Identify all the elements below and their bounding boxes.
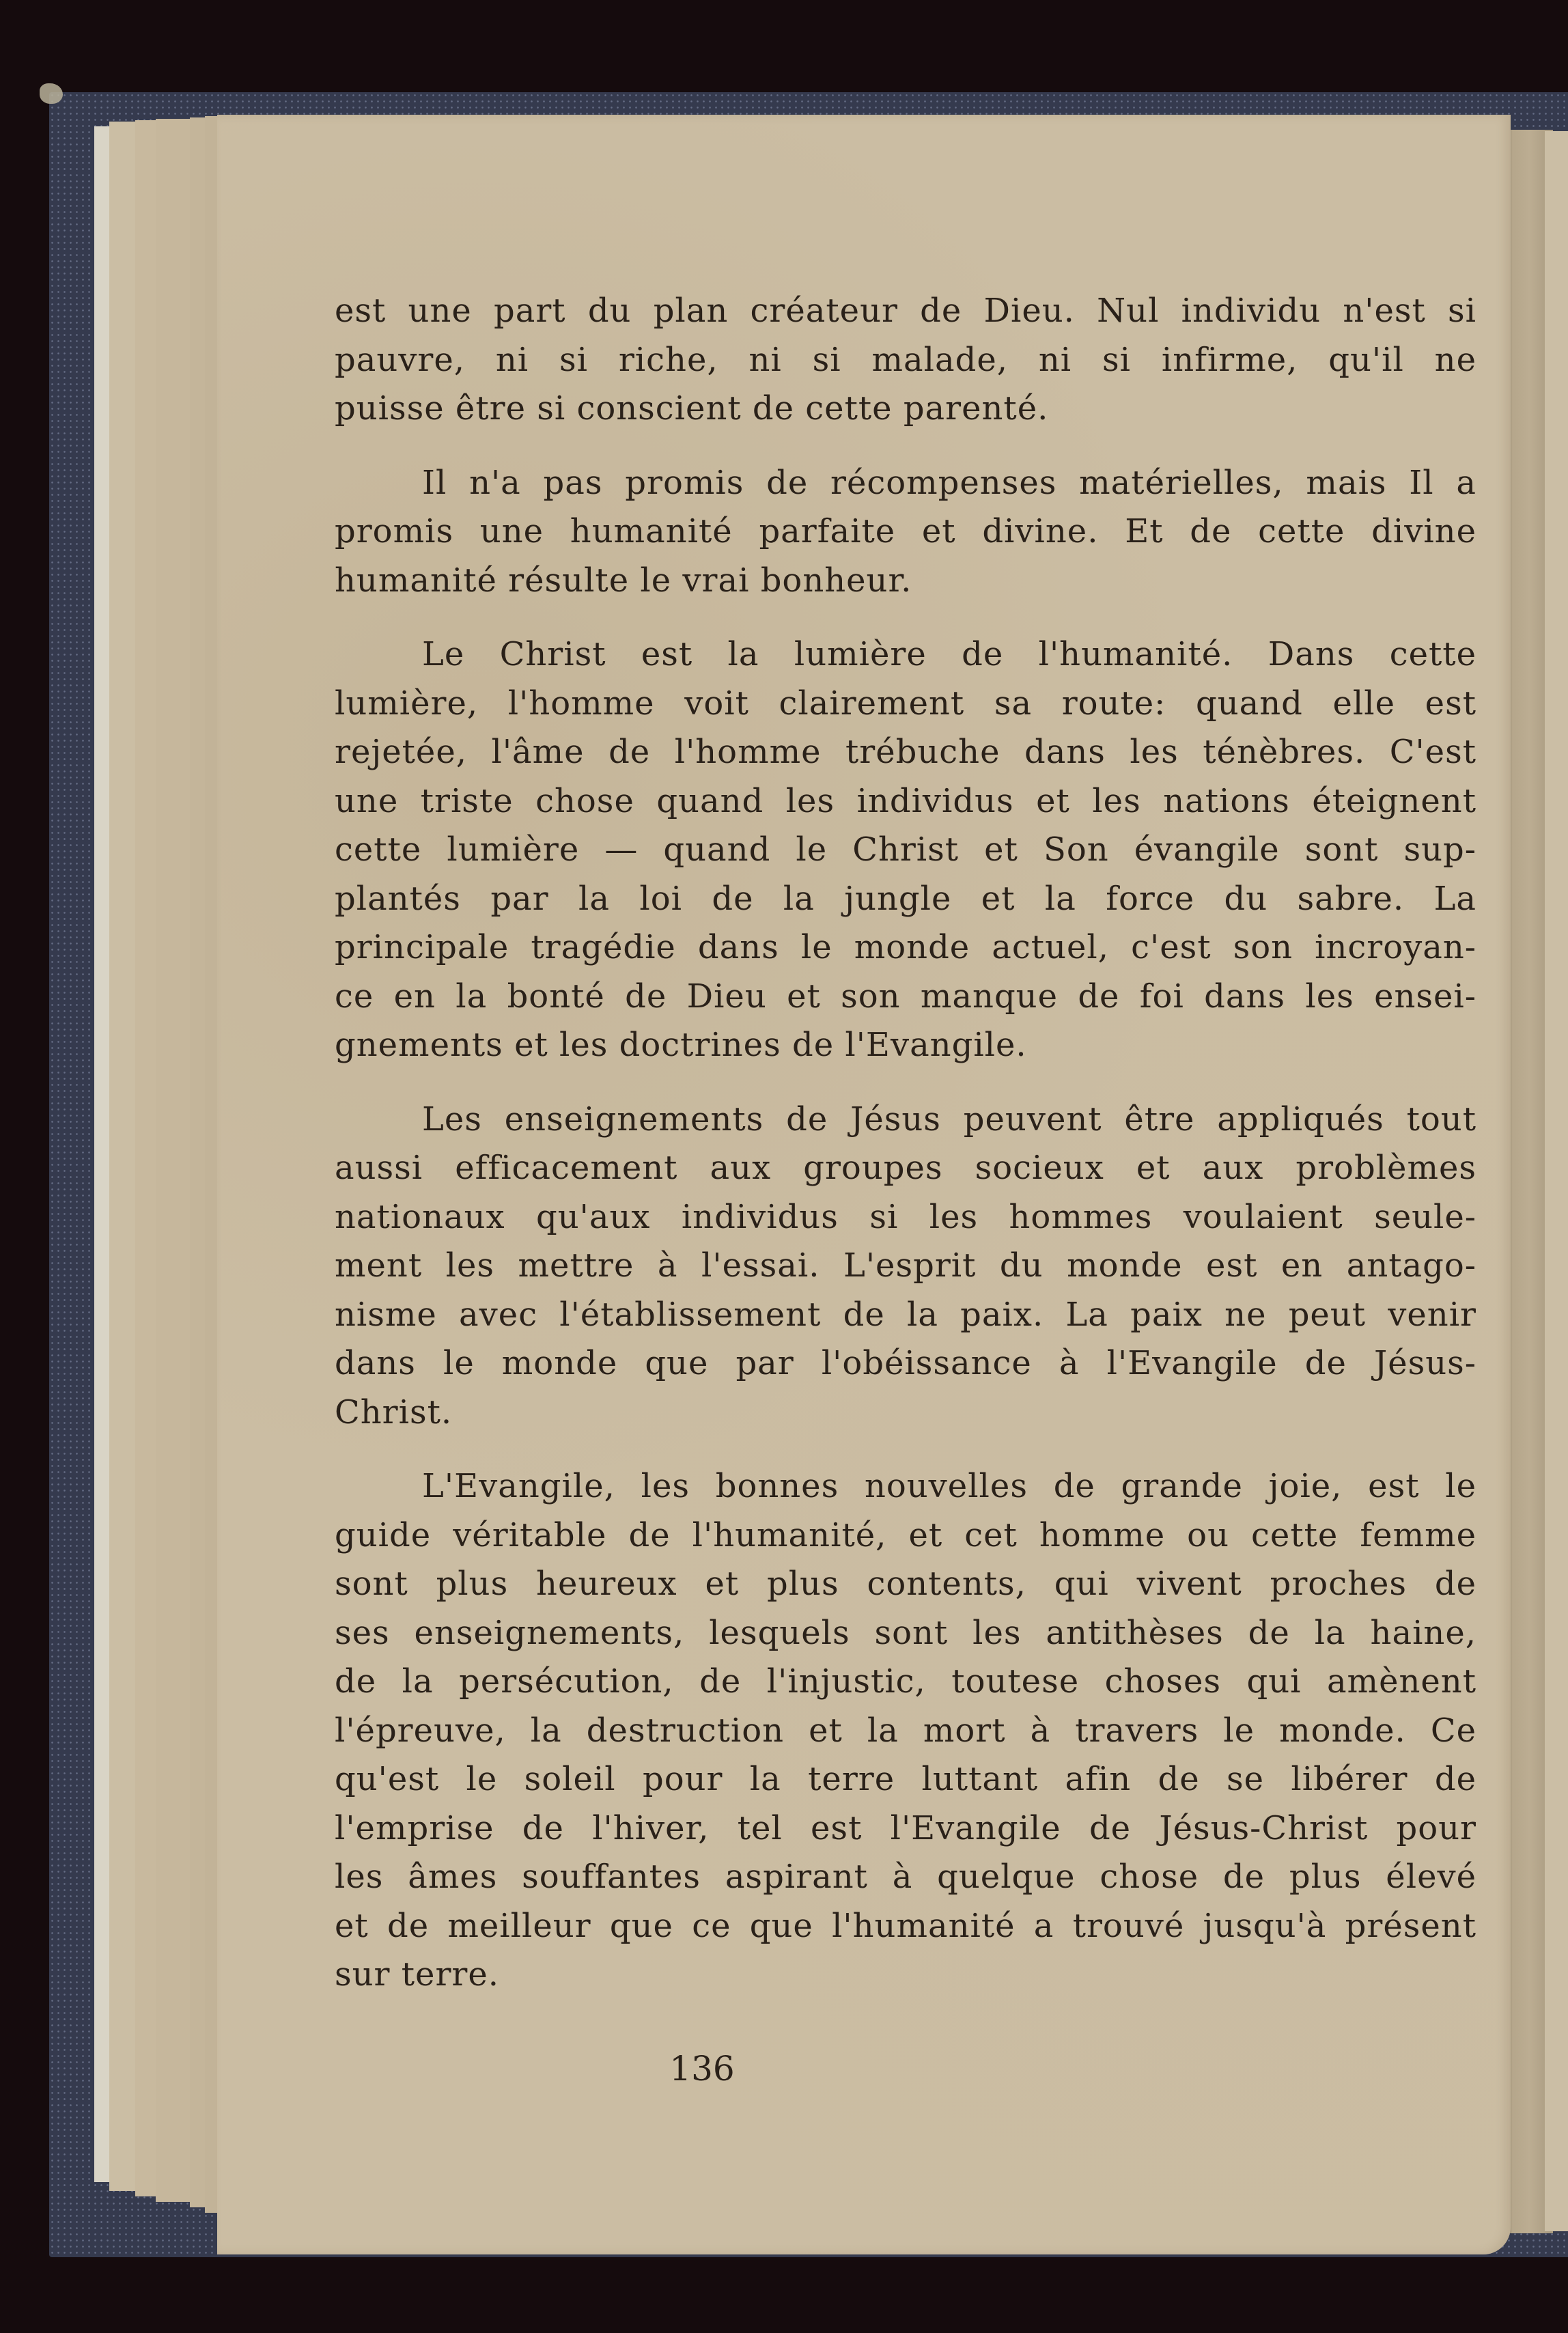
text-line: rejetée, l'âme de l'homme trébuche dans … bbox=[335, 728, 1476, 777]
text-line: est une part du plan créateur de Dieu. N… bbox=[335, 287, 1476, 336]
text-line: une triste chose quand les individus et … bbox=[335, 777, 1476, 826]
paragraph-5: L'Evangile, les bonnes nouvelles de gran… bbox=[335, 1462, 1476, 2000]
paragraph-1: est une part du plan créateur de Dieu. N… bbox=[335, 287, 1476, 434]
text-line: Il n'a pas promis de récompenses matérie… bbox=[335, 459, 1476, 508]
text-line: cette lumière — quand le Christ et Son é… bbox=[335, 826, 1476, 875]
text-line: plantés par la loi de la jungle et la fo… bbox=[335, 875, 1476, 924]
page-number: 136 bbox=[0, 2049, 1568, 2088]
text-line: sur terre. bbox=[335, 1951, 1476, 2000]
text-line: dans le monde que par l'obéissance à l'E… bbox=[335, 1339, 1476, 1388]
cover-corner-wear bbox=[40, 83, 63, 104]
text-line: guide véritable de l'humanité, et cet ho… bbox=[335, 1511, 1476, 1561]
text-line: ses enseignements, lesquels sont les ant… bbox=[335, 1609, 1476, 1658]
paragraph-2: Il n'a pas promis de récompenses matérie… bbox=[335, 459, 1476, 606]
text-line: aussi efficacement aux groupes socieux e… bbox=[335, 1144, 1476, 1193]
text-line: nationaux qu'aux individus si les hommes… bbox=[335, 1193, 1476, 1242]
text-line: gnements et les doctrines de l'Evangile. bbox=[335, 1021, 1476, 1070]
paragraph-4: Les enseignements de Jésus peuvent être … bbox=[335, 1095, 1476, 1438]
text-line: ce en la bonté de Dieu et son manque de … bbox=[335, 973, 1476, 1022]
text-line: qu'est le soleil pour la terre luttant a… bbox=[335, 1755, 1476, 1804]
scanned-book-scene: est une part du plan créateur de Dieu. N… bbox=[0, 0, 1568, 2333]
facing-page-edge bbox=[1545, 131, 1568, 2231]
page-number-text: 136 bbox=[669, 2049, 734, 2088]
text-line: pauvre, ni si riche, ni si malade, ni si… bbox=[335, 336, 1476, 385]
text-line: ment les mettre à l'essai. L'esprit du m… bbox=[335, 1242, 1476, 1291]
text-line: l'épreuve, la destruction et la mort à t… bbox=[335, 1707, 1476, 1756]
text-line: nisme avec l'établissement de la paix. L… bbox=[335, 1291, 1476, 1340]
text-line: et de meilleur que ce que l'humanité a t… bbox=[335, 1902, 1476, 1951]
text-line: lumière, l'homme voit clairement sa rout… bbox=[335, 680, 1476, 729]
text-line: promis une humanité parfaite et divine. … bbox=[335, 507, 1476, 557]
paragraph-3: Le Christ est la lumière de l'humanité. … bbox=[335, 630, 1476, 1070]
text-line: humanité résulte le vrai bonheur. bbox=[335, 557, 1476, 606]
text-line: sont plus heureux et plus contents, qui … bbox=[335, 1560, 1476, 1609]
text-line: Le Christ est la lumière de l'humanité. … bbox=[335, 630, 1476, 680]
text-line: l'emprise de l'hiver, tel est l'Evangile… bbox=[335, 1804, 1476, 1854]
text-line: Christ. bbox=[335, 1388, 1476, 1438]
text-line: principale tragédie dans le monde actuel… bbox=[335, 923, 1476, 973]
page-body-text: est une part du plan créateur de Dieu. N… bbox=[335, 287, 1476, 2025]
text-line: puisse être si conscient de cette parent… bbox=[335, 385, 1476, 434]
text-line: L'Evangile, les bonnes nouvelles de gran… bbox=[335, 1462, 1476, 1511]
text-line: de la persécution, de l'injustic, toutes… bbox=[335, 1658, 1476, 1707]
text-line: Les enseignements de Jésus peuvent être … bbox=[335, 1095, 1476, 1145]
text-line: les âmes souffantes aspirant à quelque c… bbox=[335, 1853, 1476, 1902]
